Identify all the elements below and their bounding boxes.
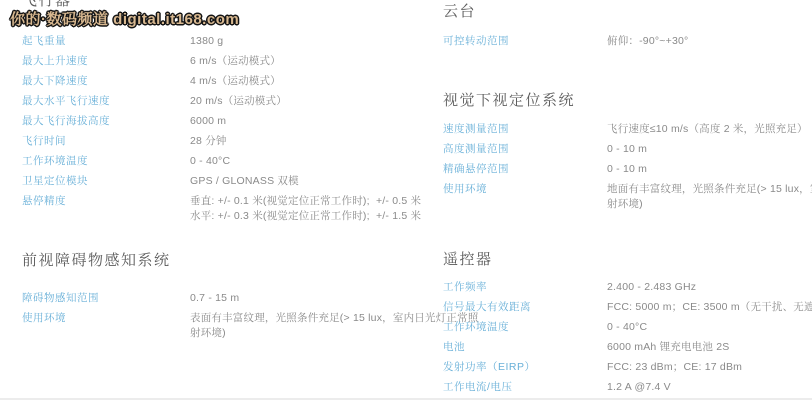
spec-value: FCC: 5000 m；CE: 3500 m（无干扰、无遮挡）: [607, 300, 812, 315]
spec-label: 障碍物感知范围: [22, 291, 190, 306]
section-heading-rc: 遥控器: [443, 249, 812, 271]
spec-value: 地面有丰富纹理，光照条件充足(> 15 lux，室内日光灯正常照 射环境): [607, 182, 812, 212]
spec-value: 0.7 - 15 m: [190, 291, 239, 306]
section-heading-vision: 视觉下视定位系统: [443, 90, 812, 112]
spec-row: 使用环境地面有丰富纹理，光照条件充足(> 15 lux，室内日光灯正常照 射环境…: [443, 182, 812, 212]
section-rc: 遥控器工作频率2.400 - 2.483 GHz信号最大有效距离FCC: 500…: [443, 249, 812, 400]
spec-row: 障碍物感知范围0.7 - 15 m: [22, 291, 478, 306]
spec-label: 发射功率（EIRP）: [443, 360, 607, 375]
spec-row: 最大下降速度4 m/s（运动模式）: [22, 74, 421, 89]
section-heading-gimbal: 云台: [443, 1, 688, 23]
spec-label: 卫星定位模块: [22, 174, 190, 189]
spec-label: 使用环境: [443, 182, 607, 197]
spec-label: 最大水平飞行速度: [22, 94, 190, 109]
spec-label: 高度测量范围: [443, 142, 607, 157]
spec-value: 0 - 10 m: [607, 142, 647, 157]
spec-row: 工作电流/电压1.2 A @7.4 V: [443, 380, 812, 395]
spec-row: 工作环境温度0 - 40°C: [443, 320, 812, 335]
spec-value: 0 - 40°C: [607, 320, 647, 335]
spec-value: 4 m/s（运动模式）: [190, 74, 281, 89]
spec-page: { "watermark": { "text": "你的·数码频道 digita…: [0, 0, 812, 400]
spec-row: 最大上升速度6 m/s（运动模式）: [22, 54, 421, 69]
spec-value: 俯仰：-90°~+30°: [607, 34, 688, 49]
spec-row: 飞行时间28 分钟: [22, 134, 421, 149]
spec-value: GPS / GLONASS 双模: [190, 174, 299, 189]
spec-label: 速度测量范围: [443, 122, 607, 137]
spec-row: 精确悬停范围0 - 10 m: [443, 162, 812, 177]
spec-label: 最大下降速度: [22, 74, 190, 89]
spec-value: 1380 g: [190, 34, 223, 49]
spec-value: 20 m/s（运动模式）: [190, 94, 287, 109]
section-aircraft: 飞行器起飞重量1380 g最大上升速度6 m/s（运动模式）最大下降速度4 m/…: [22, 0, 421, 229]
spec-label: 电池: [443, 340, 607, 355]
spec-row: 使用环境表面有丰富纹理，光照条件充足(> 15 lux，室内日光灯正常照 射环境…: [22, 311, 478, 341]
spec-value: 0 - 10 m: [607, 162, 647, 177]
spec-label: 工作频率: [443, 280, 607, 295]
spec-row: 起飞重量1380 g: [22, 34, 421, 49]
spec-row: 卫星定位模块GPS / GLONASS 双模: [22, 174, 421, 189]
spec-row: 最大水平飞行速度20 m/s（运动模式）: [22, 94, 421, 109]
spec-row: 工作频率2.400 - 2.483 GHz: [443, 280, 812, 295]
spec-row: 电池6000 mAh 锂充电电池 2S: [443, 340, 812, 355]
spec-value: 6000 m: [190, 114, 226, 129]
spec-label: 使用环境: [22, 311, 190, 326]
spec-label: 悬停精度: [22, 194, 190, 209]
spec-label: 最大上升速度: [22, 54, 190, 69]
spec-label: 起飞重量: [22, 34, 190, 49]
spec-value: 2.400 - 2.483 GHz: [607, 280, 696, 295]
spec-row: 信号最大有效距离FCC: 5000 m；CE: 3500 m（无干扰、无遮挡）: [443, 300, 812, 315]
spec-row: 工作环境温度0 - 40°C: [22, 154, 421, 169]
spec-row: 发射功率（EIRP）FCC: 23 dBm；CE: 17 dBm: [443, 360, 812, 375]
section-forward: 前视障碍物感知系统障碍物感知范围0.7 - 15 m使用环境表面有丰富纹理，光照…: [22, 250, 478, 346]
spec-value: 垂直: +/- 0.1 米(视觉定位正常工作时); +/- 0.5 米 水平: …: [190, 194, 421, 224]
spec-value: FCC: 23 dBm；CE: 17 dBm: [607, 360, 742, 375]
spec-label: 可控转动范围: [443, 34, 607, 49]
spec-value: 表面有丰富纹理，光照条件充足(> 15 lux，室内日光灯正常照 射环境): [190, 311, 478, 341]
section-heading-forward: 前视障碍物感知系统: [22, 250, 478, 272]
section-gimbal: 云台可控转动范围俯仰：-90°~+30°: [443, 1, 688, 54]
spec-row: 高度测量范围0 - 10 m: [443, 142, 812, 157]
spec-label: 最大飞行海拔高度: [22, 114, 190, 129]
site-watermark: 你的·数码频道 digital.it168.com: [10, 8, 239, 29]
spec-value: 6000 mAh 锂充电电池 2S: [607, 340, 729, 355]
spec-row: 速度测量范围飞行速度≤10 m/s（高度 2 米，光照充足）: [443, 122, 812, 137]
spec-label: 工作环境温度: [22, 154, 190, 169]
spec-value: 1.2 A @7.4 V: [607, 380, 671, 395]
spec-row: 可控转动范围俯仰：-90°~+30°: [443, 34, 688, 49]
section-vision: 视觉下视定位系统速度测量范围飞行速度≤10 m/s（高度 2 米，光照充足）高度…: [443, 90, 812, 217]
spec-label: 工作环境温度: [443, 320, 607, 335]
spec-label: 工作电流/电压: [443, 380, 607, 395]
spec-value: 6 m/s（运动模式）: [190, 54, 281, 69]
spec-value: 0 - 40°C: [190, 154, 230, 169]
spec-value: 28 分钟: [190, 134, 227, 149]
spec-label: 飞行时间: [22, 134, 190, 149]
spec-label: 精确悬停范围: [443, 162, 607, 177]
spec-row: 最大飞行海拔高度6000 m: [22, 114, 421, 129]
spec-label: 信号最大有效距离: [443, 300, 607, 315]
spec-value: 飞行速度≤10 m/s（高度 2 米，光照充足）: [607, 122, 808, 137]
spec-row: 悬停精度垂直: +/- 0.1 米(视觉定位正常工作时); +/- 0.5 米 …: [22, 194, 421, 224]
